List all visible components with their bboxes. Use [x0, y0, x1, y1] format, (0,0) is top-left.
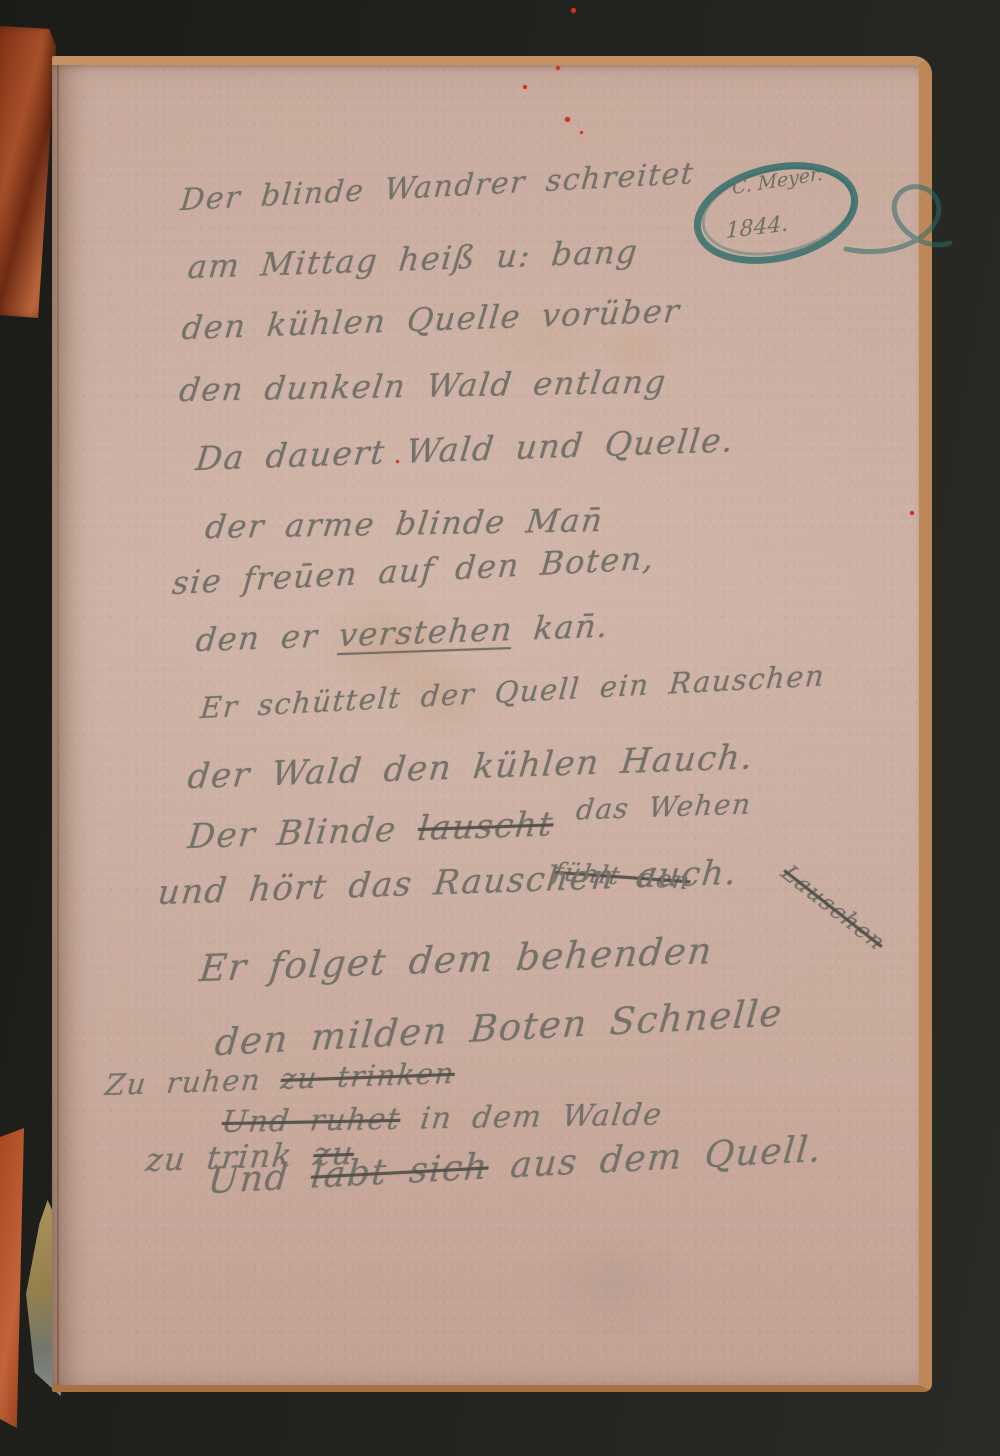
manuscript-line: sie freūen auf den Boten,	[171, 539, 657, 603]
handwritten-word	[551, 803, 577, 844]
manuscript-line: den milden Boten Schnelle	[213, 991, 785, 1064]
struck-word: zu trinken	[279, 1056, 457, 1096]
handwritten-word: der Wald den kühlen Hauch.	[186, 737, 756, 797]
manuscript-line: Und ruhet in dem Walde	[220, 1097, 665, 1140]
handwritten-word: kan̄.	[511, 607, 611, 649]
handwritten-word: der arme blinde Man̄	[203, 501, 605, 546]
manuscript-line: Da dauert Wald und Quelle.	[194, 420, 737, 478]
red-paint-speck	[910, 511, 914, 515]
handwritten-word: am Mittag heiß u: bang	[186, 232, 640, 286]
manuscript-page: C. Meyer. 1844. Der blinde Wandrer schre…	[52, 56, 932, 1392]
handwritten-word: Er schüttelt der Quell ein Rauschen	[199, 658, 827, 725]
red-paint-speck	[580, 131, 583, 134]
handwritten-word: Da dauert Wald und Quelle.	[194, 420, 737, 478]
handwritten-word: den kühlen Quelle vorüber	[180, 292, 682, 348]
manuscript-text: Der blinde Wandrer schreitetam Mittag he…	[52, 65, 919, 1385]
handwritten-word: Der Blinde	[186, 809, 420, 857]
red-paint-speck	[523, 85, 527, 89]
struck-word: labt sich	[309, 1146, 490, 1197]
handwritten-word: den milden Boten Schnelle	[213, 991, 785, 1064]
handwritten-word: das Wehen	[575, 787, 754, 826]
manuscript-line: der arme blinde Man̄	[203, 501, 605, 546]
manuscript-line: den dunkeln Wald entlang	[177, 362, 669, 409]
book-cover-fragment-bottom	[0, 1128, 24, 1428]
handwritten-word: aus dem Quell.	[487, 1129, 824, 1188]
manuscript-line: Zu ruhen zu trinken	[103, 1056, 456, 1102]
red-paint-speck	[571, 8, 576, 13]
manuscript-line: den kühlen Quelle vorüber	[180, 292, 682, 348]
manuscript-line: Er schüttelt der Quell ein Rauschen	[199, 658, 827, 725]
handwritten-word: Zu ruhen	[103, 1062, 282, 1102]
handwritten-word: verstehen	[337, 610, 515, 654]
handwritten-word: den er	[194, 616, 341, 659]
struck-word: lauscht	[416, 804, 556, 849]
red-paint-speck	[396, 460, 399, 463]
handwritten-word: Und	[206, 1156, 312, 1203]
handwritten-word: Der blinde Wandrer schreitet	[179, 156, 696, 218]
manuscript-line: Er folget dem behenden	[197, 929, 715, 990]
manuscript-line: am Mittag heiß u: bang	[186, 232, 640, 286]
red-paint-speck	[556, 66, 560, 70]
manuscript-line: Der blinde Wandrer schreitet	[179, 156, 696, 218]
manuscript-line: der Wald den kühlen Hauch.	[186, 737, 756, 797]
handwritten-word: in dem Walde	[398, 1097, 664, 1137]
manuscript-line: Lauschen	[775, 861, 891, 955]
manuscript-line: Der Blinde lauscht das Wehen	[186, 797, 752, 857]
manuscript-line: und hört das Rauschen auch.	[156, 853, 740, 913]
handwritten-word: und hört das Rauschen auch.	[156, 853, 740, 913]
handwritten-word: Er folget dem behenden	[197, 929, 715, 990]
manuscript-line: den er verstehen kan̄.	[194, 607, 611, 660]
struck-word: Lauschen	[775, 861, 891, 955]
red-paint-speck	[565, 117, 570, 122]
handwritten-word: sie freūen auf den Boten,	[171, 539, 657, 603]
handwritten-word: den dunkeln Wald entlang	[177, 362, 669, 409]
book-cover-fragment-top	[0, 26, 56, 318]
